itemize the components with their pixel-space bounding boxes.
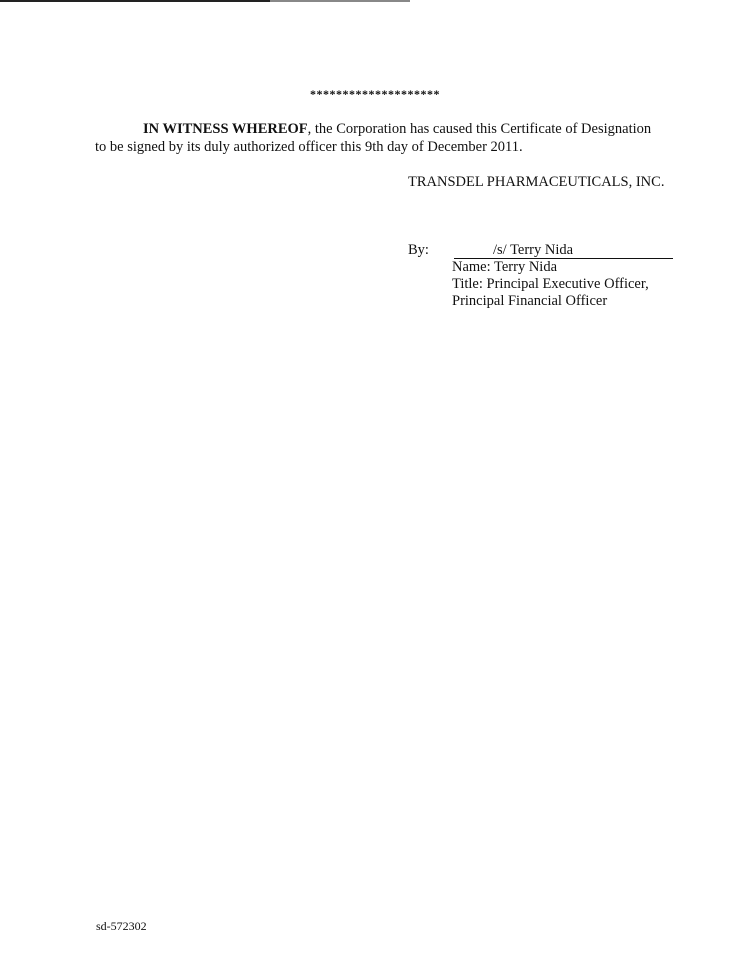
signature-line: /s/ Terry Nida [454,242,673,259]
witness-paragraph: IN WITNESS WHEREOF, the Corporation has … [95,120,675,156]
scan-edge-line [270,0,410,2]
company-name: TRANSDEL PHARMACEUTICALS, INC. [408,174,664,191]
signatory-name: Name: Terry Nida [452,259,649,276]
document-id: sd-572302 [96,919,147,934]
signature-text: /s/ Terry Nida [493,242,573,259]
scan-edge-line [0,0,270,2]
signatory-title-1: Title: Principal Executive Officer, [452,276,649,293]
witness-text-2: to be signed by its duly authorized offi… [95,138,675,156]
signatory-title-2: Principal Financial Officer [452,293,649,310]
witness-text-1: , the Corporation has caused this Certif… [308,121,651,137]
witness-lead: IN WITNESS WHEREOF [143,121,308,137]
signatory-block: Name: Terry Nida Title: Principal Execut… [452,259,649,310]
by-label: By: [408,242,429,259]
section-separator: ******************** [0,87,750,102]
